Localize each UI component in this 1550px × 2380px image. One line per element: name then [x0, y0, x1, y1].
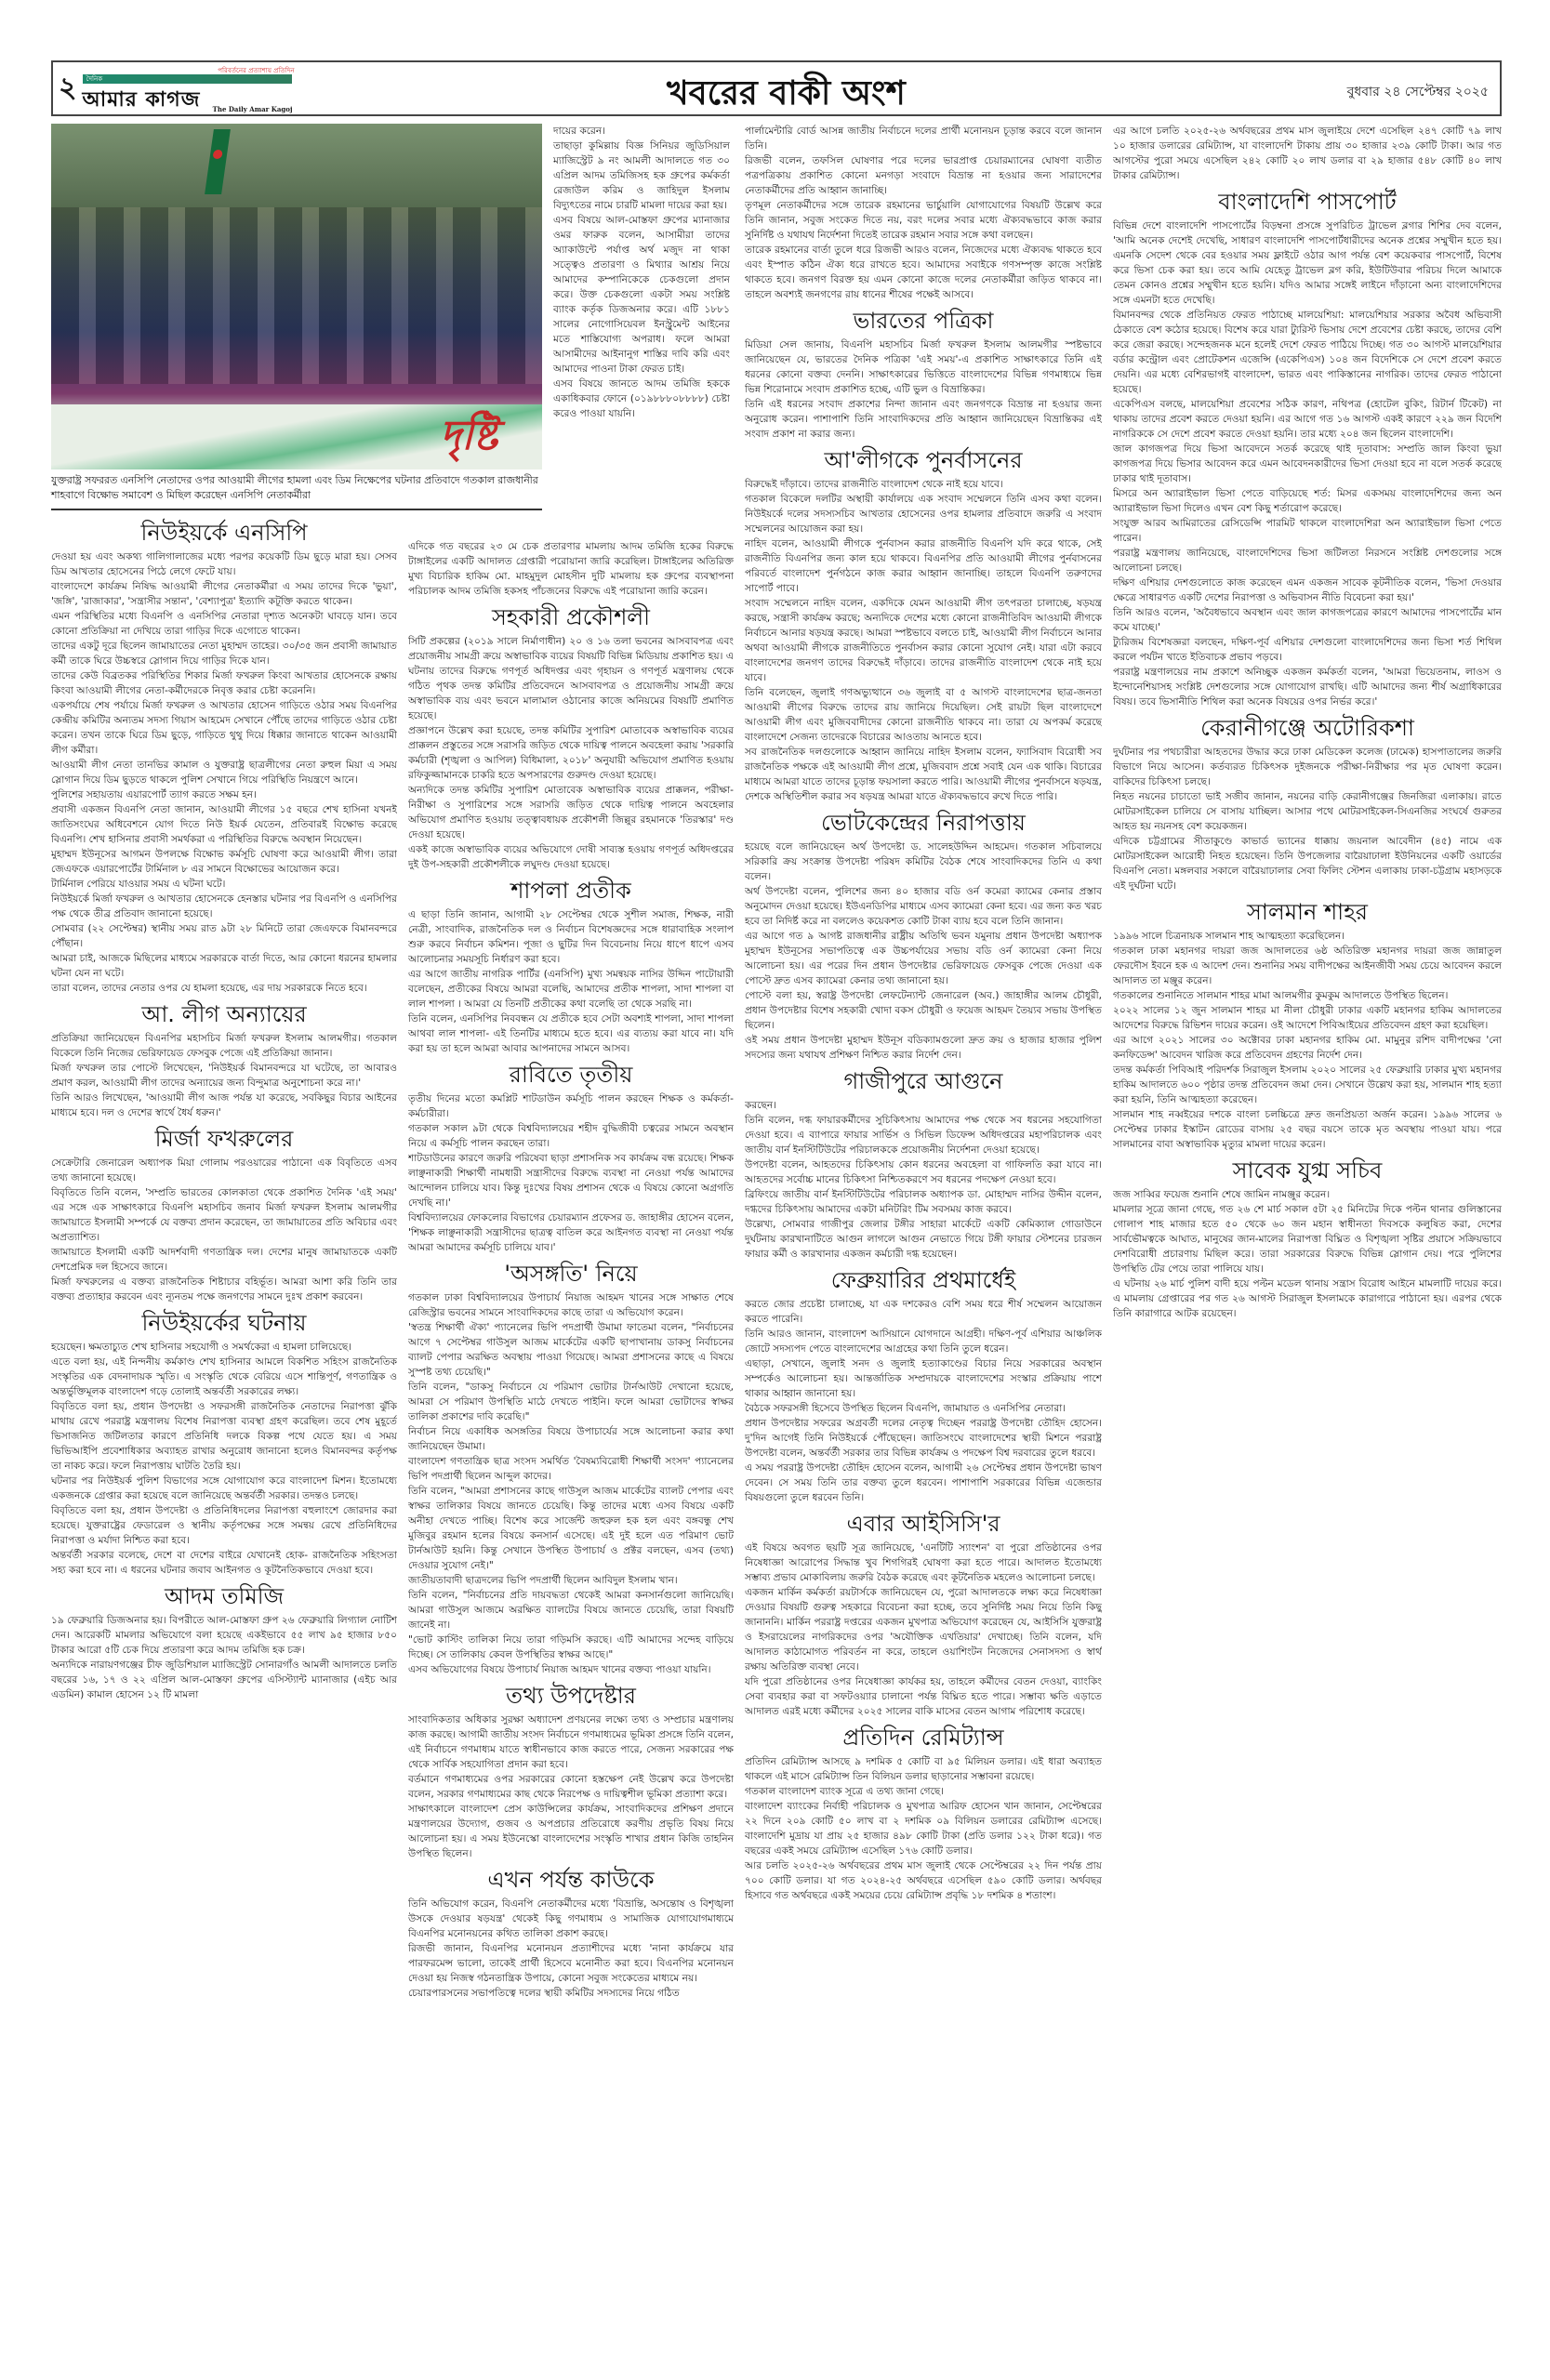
article-paragraph: আমরা চাই, আজকে মিছিলের মাধ্যমে সরকারকে ব…: [51, 951, 397, 981]
article-paragraph: তিনি আরও জানান, বাংলাদেশ আসিয়ানে যোগদান…: [745, 1327, 1102, 1356]
newspaper-page: ২ পরিবর্তনের প্রত্যাশায় প্রতিদিন দৈনিক …: [51, 60, 1502, 2366]
article-paragraph: বাংলাদেশ গণতান্ত্রিক ছাত্র সংসদ সমর্থিত …: [408, 1454, 734, 1484]
article: পার্লামেন্টারি বোর্ড আসন্ন জাতীয় নির্বা…: [745, 124, 1102, 302]
article-paragraph: জাল কাগজপত্র দিয়ে ভিসা আবেদনে সতর্ক করে…: [1113, 442, 1502, 486]
article: এখন পর্যন্ত কাউকেতিনি অভিযোগ করেন, বিএনপ…: [408, 1865, 734, 2001]
article-headline: প্রতিদিন রেমিট্যান্স: [745, 1723, 1102, 1752]
article-paragraph: শাটডাউনের কারণে জরুরি পরিষেবা ছাড়া প্রশ…: [408, 1151, 734, 1210]
article-paragraph: সব রাজনৈতিক দলগুলোকে আহ্বান জানিয়ে নাহি…: [745, 745, 1102, 804]
article-paragraph: বৈঠকে সফরসঙ্গী হিসেবে উপস্থিত ছিলেন বিএন…: [745, 1401, 1102, 1416]
article: আ'লীগকে পুনর্বাসনেরবিরুদ্ধেই দাঁড়াবে। ত…: [745, 445, 1102, 804]
article-paragraph: করছেন।: [745, 1098, 1102, 1113]
article-paragraph: গতকাল বিকেলে দলটির অস্থায়ী কার্যালয়ে এ…: [745, 492, 1102, 536]
article-paragraph: সংবাদ সম্মেলনে নাহিদ বলেন, একদিকে যেমন আ…: [745, 596, 1102, 685]
article-paragraph: বিবৃতিতে বলা হয়, প্রধান উপদেষ্টা ও প্রত…: [51, 1503, 397, 1548]
article: সালমান শাহর১৯৯৬ সালে চিত্রনায়ক সালমান শ…: [1113, 897, 1502, 1152]
article-paragraph: সিটি প্রকল্পের (২০১৯ সালে নির্মাণাধীন) ২…: [408, 634, 734, 723]
article-paragraph: ২০২২ সালের ১২ জুন সালমান শাহর মা নীলা চৌ…: [1113, 1003, 1502, 1033]
article-paragraph: নিহত নয়নের চাচাতো ভাই সজীব জানান, নয়নে…: [1113, 789, 1502, 834]
article-paragraph: পররাষ্ট্র মন্ত্রণালয়ের নাম প্রকাশে অনিচ…: [1113, 665, 1502, 709]
article-paragraph: এ ঘটনায় ২৬ মার্চ পুলিশ বাদী হয়ে পল্টন …: [1113, 1276, 1502, 1321]
article-headline: সহকারী প্রকৌশলী: [408, 602, 734, 632]
article-paragraph: পররাষ্ট্র মন্ত্রণালয় জানিয়েছে, বাংলাদে…: [1113, 546, 1502, 575]
article-paragraph: সাক্ষাৎকালে বাংলাদেশ প্রেস কাউন্সিলের কা…: [408, 1802, 734, 1861]
article: বাংলাদেশি পাসপোর্টবিভিন্ন দেশে বাংলাদেশি…: [1113, 187, 1502, 709]
article: সহকারী প্রকৌশলীসিটি প্রকল্পের (২০১৯ সালে…: [408, 602, 734, 872]
article: নিউইয়র্কে এনসিপিদেওয়া হয় এবং অকথ্য গা…: [51, 518, 397, 996]
article-paragraph: মির্জা ফখরুল তার পোস্টে লিখেছেন, 'নিউইয়…: [51, 1061, 397, 1091]
article: প্রতিদিন রেমিট্যান্সপ্রতিদিন রেমিট্যান্স…: [745, 1723, 1102, 1903]
article-paragraph: তারেক রহমানের বার্তা তুলে ধরে রিজভী আরও …: [745, 243, 1102, 302]
article-headline: মির্জা ফখরুলের: [51, 1124, 397, 1154]
logo-name: আমার কাগজ: [83, 84, 201, 118]
article-paragraph: এদিকে গত বছরের ২৩ মে চেক প্রতারণার মামলা…: [408, 539, 734, 599]
article-paragraph: তিনি বলেন, "ডাকসু নির্বাচনে যে পরিমাণ ভো…: [408, 1380, 734, 1424]
article-paragraph: বিশ্ববিদ্যালয়ের ফোকলোর বিভাগের চেয়ারম্…: [408, 1210, 734, 1255]
article-paragraph: সেক্রেটারি জেনারেল অধ্যাপক মিয়া গোলাম প…: [51, 1156, 397, 1185]
article-paragraph: পোস্টে বলা হয়, স্বরাষ্ট্র উপদেষ্টা লেফট…: [745, 988, 1102, 1033]
article: দায়ের করেন।তাছাড়া কুমিল্লায় বিজ্ঞ সিন…: [553, 124, 730, 421]
article: রাবিতে তৃতীয়তৃতীয় দিনের মতো কমপ্লিট শা…: [408, 1060, 734, 1255]
article-paragraph: বিরুদ্ধেই দাঁড়াবে। তাদের রাজনীতি বাংলাদ…: [745, 477, 1102, 492]
article-paragraph: 'স্বতন্ত্র শিক্ষার্থী ঐক্য' প্যানেলের ভি…: [408, 1320, 734, 1380]
article-paragraph: অন্যদিকে নারায়ণগঞ্জের চীফ জুডিশিয়াল ম্…: [51, 1658, 397, 1702]
article-paragraph: তিনি বলেন, "নির্বাচনের প্রতি দায়বদ্ধতা …: [408, 1588, 734, 1633]
newspaper-logo: পরিবর্তনের প্রত্যাশায় প্রতিদিন দৈনিক আম…: [83, 65, 297, 112]
article-paragraph: মিসরে অন অ্যারাইভাল ভিসা পেতে বাড়িয়েছে…: [1113, 486, 1502, 516]
article-paragraph: আওয়ামী লীগ নেতা তানভির কামাল ও যুক্তরাষ…: [51, 758, 397, 787]
article-paragraph: এর আগে গত ৯ আগষ্ট রাজধানীর রাষ্ট্রীয় অত…: [745, 929, 1102, 988]
article-paragraph: প্রতিক্রিয়া জানিয়েছেন বিএনপির মহাসচিব …: [51, 1031, 397, 1061]
article-paragraph: ট্যুরিজম বিশেষজ্ঞরা বলছেন, দক্ষিণ-পূর্ব …: [1113, 635, 1502, 665]
article-paragraph: তিনি বলেন, এনসিপির নিববন্ধন যে প্রতীকে হ…: [408, 1011, 734, 1056]
article-paragraph: এমন পরিস্থিতির মধ্যে বিএনপি ও এনসিপির নে…: [51, 609, 397, 639]
article-paragraph: চেয়ারপারসনের সভাপতিত্বে দলের স্থায়ী কম…: [408, 1986, 734, 2001]
article-headline: 'অসঙ্গতি' নিয়ে: [408, 1259, 734, 1289]
article: কেরানীগঞ্জে অটোরিকশাদুর্ঘটনার পর পথচারীর…: [1113, 713, 1502, 893]
logo-dainik: দৈনিক: [83, 74, 292, 84]
article: ভারতের পত্রিকামিডিয়া সেল জানায়, বিএনপি…: [745, 306, 1102, 442]
article-headline: শাপলা প্রতীক: [408, 876, 734, 906]
article-paragraph: বর্তমানে গণমাধ্যমের ওপর সরকারের কোনো হস্…: [408, 1772, 734, 1802]
article-paragraph: অন্তর্বর্তী সরকার বলেছে, দেশে বা দেশের ব…: [51, 1548, 397, 1578]
article-paragraph: নিউইয়র্কে মির্জা ফখরুল ও আখতার হোসেনকে …: [51, 892, 397, 921]
article-headline: নিউইয়র্কের ঘটনায়: [51, 1308, 397, 1338]
article-paragraph: গতকালের শুনানিতে সালমান শাহর মামা আলমগীর…: [1113, 988, 1502, 1003]
news-photo: দৃষ্টি: [51, 124, 542, 469]
article-headline: সাবেক যুগ্ম সচিব: [1113, 1156, 1502, 1185]
article-paragraph: বিবৃতিতে তিনি বলেন, 'সম্প্রতি ভারতের কোল…: [51, 1185, 397, 1245]
column-2-top: দায়ের করেন।তাছাড়া কুমিল্লায় বিজ্ঞ সিন…: [553, 124, 730, 542]
article-paragraph: গতকাল ঢাকা মহানগর দায়রা জজ আদালতের ৬ষ্ঠ…: [1113, 944, 1502, 988]
article-paragraph: গতকাল বাংলাদেশ ব্যাংক সূত্রে এ তথ্য জানা…: [745, 1784, 1102, 1799]
article-paragraph: একই কাজে অস্বাভাবিক ব্যয়ের অভিযোগে দোষী…: [408, 842, 734, 872]
article-paragraph: তারা বলেন, তাদের নেতার ওপর যে হামলা হয়ে…: [51, 981, 397, 996]
article-paragraph: রিজভী বলেন, তফসিল ঘোষণার পরে দলের ভারপ্র…: [745, 153, 1102, 198]
logo-english: The Daily Amar Kagoj: [213, 105, 293, 113]
article-headline: ভারতের পত্রিকা: [745, 306, 1102, 336]
article-headline: তথ্য উপদেষ্টার: [408, 1681, 734, 1711]
article-headline: আদম তমিজি: [51, 1581, 397, 1611]
article-paragraph: আর চলতি ২০২৫-২৬ অর্থবছরের প্রথম মাস জুলা…: [745, 1858, 1102, 1903]
article-paragraph: প্রজ্ঞাপনে উল্লেখ করা হয়েছে, তদন্ত কমিট…: [408, 723, 734, 783]
article: শাপলা প্রতীকএ ছাড়া তিনি জানান, আগামী ২৮…: [408, 876, 734, 1056]
page-number: ২: [59, 65, 77, 112]
masthead: ২ পরিবর্তনের প্রত্যাশায় প্রতিদিন দৈনিক …: [51, 60, 1502, 116]
article-paragraph: ১৯৯৬ সালে চিত্রনায়ক সালমান শাহ আত্মহত্য…: [1113, 929, 1502, 944]
article-paragraph: তৃণমূল নেতাকর্মীদের সঙ্গে তারেক রহমানের …: [745, 198, 1102, 243]
article-paragraph: বিমানবন্দর থেকে প্রতিনিয়ত ফেরত পাঠাচ্ছে…: [1113, 308, 1502, 397]
article-headline: সালমান শাহর: [1113, 897, 1502, 927]
article-paragraph: "ভোট কাস্টিং তালিকা নিয়ে তারা গড়িমসি ক…: [408, 1633, 734, 1662]
article-paragraph: এছাড়া, সেখানে, জুলাই সনদ ও জুলাই হত্যাক…: [745, 1356, 1102, 1401]
article-paragraph: তিনি বলেন, "আমরা প্রশাসনের কাছে গাউসুল আ…: [408, 1484, 734, 1573]
article-headline: নিউইয়র্কে এনসিপি: [51, 518, 397, 548]
article-headline: রাবিতে তৃতীয়: [408, 1060, 734, 1090]
article-paragraph: অর্থ উপদেষ্টা বলেন, পুলিশের জন্য ৪০ হাজা…: [745, 884, 1102, 929]
article-paragraph: সোমবার (২২ সেপ্টেম্বর) স্থানীয় সময় রাত…: [51, 921, 397, 951]
article-paragraph: হয়েছেন। ক্ষমতাচ্যুত শেখ হাসিনার সহযোগী …: [51, 1340, 397, 1355]
article-paragraph: ১৯ ফেব্রুয়ারি ডিজঅনার হয়। বিপরীতে আল-ম…: [51, 1613, 397, 1658]
article-paragraph: একপর্যায়ে শেষ পর্যায়ে মির্জা ফখরুল ও আ…: [51, 698, 397, 758]
article-paragraph: হয়েছে বলে জানিয়েছেন অর্থ উপদেষ্টা ড. স…: [745, 840, 1102, 884]
article-paragraph: এ সময় পররাষ্ট্র উপদেষ্টা তৌহিদ হোসেন বল…: [745, 1461, 1102, 1505]
article-paragraph: ব্রিফিংয়ে জাতীয় বার্ন ইনস্টিটিউটের পরি…: [745, 1187, 1102, 1217]
article: মির্জা ফখরুলেরসেক্রেটারি জেনারেল অধ্যাপক…: [51, 1124, 397, 1304]
article: সাবেক যুগ্ম সচিবজজ সাব্বির ফয়েজ শুনানি …: [1113, 1156, 1502, 1321]
article: ভোটকেন্দ্রের নিরাপত্তায়হয়েছে বলে জানিয…: [745, 808, 1102, 1063]
article-paragraph: তৃতীয় দিনের মতো কমপ্লিট শাটডাউন কর্মসূচ…: [408, 1091, 734, 1121]
article: ফেব্রুয়ারির প্রথমার্ধেইকরতে জোর প্রচেষ্…: [745, 1265, 1102, 1505]
article-paragraph: মির্জা ফখরুলের এ বক্তব্য রাজনৈতিক শিষ্টা…: [51, 1275, 397, 1304]
article-paragraph: যদি পুরো প্রতিষ্ঠানের ওপর নিষেধাজ্ঞা কার…: [745, 1674, 1102, 1719]
article-paragraph: প্রতিদিন রেমিট্যান্স আসছে ৯ দশমিক ৫ কোটি…: [745, 1754, 1102, 1784]
article-paragraph: ঘটনার পর নিউইয়র্ক পুলিশ বিভাগের সঙ্গে য…: [51, 1474, 397, 1503]
divider: [51, 509, 542, 510]
article: নিউইয়র্কের ঘটনায়হয়েছেন। ক্ষমতাচ্যুত শ…: [51, 1308, 397, 1578]
article-paragraph: সংযুক্ত আরব আমিরাতের রেসিডেন্সি পারমিট থ…: [1113, 516, 1502, 546]
article-paragraph: জাতীয়তাবাদী ছাত্রদলের ভিপি পদপ্রার্থী ছ…: [408, 1573, 734, 1588]
article-paragraph: গতকাল সকাল ৯টা থেকে বিশ্ববিদ্যালয়ের শহী…: [408, 1121, 734, 1151]
article-paragraph: মিডিয়া সেল জানায়, বিএনপি মহাসচিব মির্জ…: [745, 337, 1102, 397]
article-paragraph: বাংলাদেশে কার্যক্রম নিষিদ্ধ আওয়ামী লীগে…: [51, 579, 397, 609]
article-headline: ফেব্রুয়ারির প্রথমার্ধেই: [745, 1265, 1102, 1295]
article-paragraph: একেপিএস বলছে, মালয়েশিয়া প্রবেশের সঠিক …: [1113, 397, 1502, 442]
article-paragraph: এতে বলা হয়, এই নিন্দনীয় কর্মকাণ্ড শেখ …: [51, 1355, 397, 1399]
article-paragraph: এর আগে ২০২১ সালের ৩০ অক্টোবর ঢাকা মহানগর…: [1113, 1033, 1502, 1063]
article-paragraph: সালমান শাহ নব্বইয়ের দশকে বাংলা চলচ্চিত্…: [1113, 1107, 1502, 1152]
article-paragraph: তিনি বলেন, দগ্ধ ফায়ারকর্মীদের সুচিকিৎসা…: [745, 1113, 1102, 1157]
article-paragraph: নাহিদ বলেন, আওয়ামী লীগকে পুর্নবাসন করার…: [745, 536, 1102, 596]
article-paragraph: তাদের একটু দূরে ছিলেন জামায়াতের নেতা মু…: [51, 639, 397, 668]
article-paragraph: তিনি এই ধরনের সংবাদ প্রকাশের নিন্দা জানা…: [745, 397, 1102, 442]
article-paragraph: এসব অভিযোগের বিষয়ে উপাচার্য নিয়াজ আহমদ…: [408, 1662, 734, 1677]
article-paragraph: তিনি আরও বলেন, 'অবৈধভাবে অবস্থান এবং জাল…: [1113, 605, 1502, 635]
article-paragraph: সাংবাদিকতার অধিকার সুরক্ষা অধ্যাদেশ প্রণ…: [408, 1712, 734, 1772]
article-paragraph: গতকাল ঢাকা বিশ্ববিদ্যালয়ের উপাচার্য নিয…: [408, 1290, 734, 1320]
article-headline: আ'লীগকে পুনর্বাসনের: [745, 445, 1102, 475]
article-paragraph: দুর্ঘটনার পর পথচারীরা আহতদের উদ্ধার করে …: [1113, 745, 1502, 789]
article: তথ্য উপদেষ্টারসাংবাদিকতার অধিকার সুরক্ষা…: [408, 1681, 734, 1861]
article-paragraph: দেওয়া হয় এবং অকথ্য গালিগালাজের মধ্যে প…: [51, 549, 397, 579]
article-paragraph: এই বিষয়ে অবগত ছয়টি সূত্র জানিয়েছে, 'এ…: [745, 1540, 1102, 1585]
article-paragraph: এসব বিষয়ে জানতে আদম তমিজি হককে একাধিকবা…: [553, 377, 730, 421]
column-1: নিউইয়র্কে এনসিপিদেওয়া হয় এবং অকথ্য গা…: [51, 514, 397, 2364]
article: গাজীপুরে আগুনেকরছেন।তিনি বলেন, দগ্ধ ফায়…: [745, 1066, 1102, 1262]
article-paragraph: বিভিন্ন দেশে বাংলাদেশি পাসপোর্টের বিড়ম্…: [1113, 218, 1502, 308]
article-paragraph: অন্যদিকে তদন্ত কমিটির সুপারিশ মোতাবেক অস…: [408, 783, 734, 842]
article-paragraph: এসব বিষয়ে আল-মোস্তফা গ্রুপের ম্যানাজার …: [553, 213, 730, 377]
article-paragraph: প্রধান উপদেষ্টার সফরের অগ্রবর্তী দলের নে…: [745, 1416, 1102, 1461]
crowd-image: [51, 207, 542, 384]
article-paragraph: ওই সময় প্রধান উপদেষ্টা মুহাম্মদ ইউনূস ব…: [745, 1033, 1102, 1063]
article-paragraph: তিনি আরও লিখেছেন, 'আওয়ামী লীগ আজ পর্যন্…: [51, 1091, 397, 1120]
article-paragraph: জামায়াতে ইসলামী একটি আদর্শবাদী গণতান্ত্…: [51, 1245, 397, 1275]
article-paragraph: দক্ষিণ এশিয়ার দেশগুলোতে কাজ করেছেন এমন …: [1113, 575, 1502, 605]
article-paragraph: টার্মিনাল পেরিয়ে যাওয়ার সময় এ ঘটনা ঘট…: [51, 877, 397, 892]
article-paragraph: উপদেষ্টা বলেন, আহতদের চিকিৎসায় কোন ধরনে…: [745, 1157, 1102, 1187]
article-paragraph: তাদের কেউ বিব্রতকর পরিস্থিতির শিকার মির্…: [51, 668, 397, 698]
article-paragraph: মুহাম্মদ ইউনূসের আগমন উপলক্ষে বিক্ষোভ কর…: [51, 847, 397, 877]
article-paragraph: একজন মার্কিন কর্মকর্তা রয়টার্সকে জানিয়…: [745, 1585, 1102, 1674]
article-paragraph: করতে জোর প্রচেষ্টা চালাচ্ছে, যা এক দশকের…: [745, 1297, 1102, 1327]
article-paragraph: বাংলাদেশ ব্যাংকের নির্বাহী পরিচালক ও মুখ…: [745, 1799, 1102, 1858]
article: আ. লীগ অন্যায়েরপ্রতিক্রিয়া জানিয়েছেন …: [51, 999, 397, 1120]
article-paragraph: এর আগে চলতি ২০২৫-২৬ অর্থবছরের প্রথম মাস …: [1113, 124, 1502, 183]
article-headline: বাংলাদেশি পাসপোর্ট: [1113, 187, 1502, 217]
article-paragraph: জজ সাব্বির ফয়েজ শুনানি শেষে জামিন নামঞ্…: [1113, 1187, 1502, 1202]
article-paragraph: এদিকে চট্টগ্রামের সীতাকুণ্ডে কাভার্ড ভ্য…: [1113, 834, 1502, 893]
article-paragraph: তিনি বলেছেন, জুলাই গণঅভ্যুত্থানে ৩৬ জুলা…: [745, 685, 1102, 745]
article-paragraph: উল্লেখ্য, সোমবার গাজীপুর জেলার টঙ্গীর সা…: [745, 1217, 1102, 1262]
article-paragraph: তাছাড়া কুমিল্লায় বিজ্ঞ সিনিয়র জুডিসিয…: [553, 139, 730, 213]
article-headline: এবার আইসিসি'র: [745, 1509, 1102, 1539]
section-title: খবরের বাকী অংশ: [667, 68, 906, 124]
article-headline: আ. লীগ অন্যায়ের: [51, 999, 397, 1029]
article-headline: গাজীপুরে আগুনে: [745, 1066, 1102, 1096]
article: এর আগে চলতি ২০২৫-২৬ অর্থবছরের প্রথম মাস …: [1113, 124, 1502, 183]
article-paragraph: নির্বাচন নিয়ে একাধিক অসঙ্গতির বিষয়ে উপ…: [408, 1424, 734, 1454]
article-headline: এখন পর্যন্ত কাউকে: [408, 1865, 734, 1895]
article-headline: কেরানীগঞ্জে অটোরিকশা: [1113, 713, 1502, 743]
article-paragraph: এর আগে জাতীয় নাগরিক পার্টির (এনসিপি) মু…: [408, 967, 734, 1011]
article-paragraph: প্রবাসী একজন বিএনপি নেতা জানান, আওয়ামী …: [51, 802, 397, 847]
article-headline: ভোটকেন্দ্রের নিরাপত্তায়: [745, 808, 1102, 838]
article-paragraph: দায়ের করেন।: [553, 124, 730, 139]
issue-date: বুধবার ২৪ সেপ্টেম্বর ২০২৫: [1347, 81, 1489, 103]
article-paragraph: এ ছাড়া তিনি জানান, আগামী ২৮ সেপ্টেম্বর …: [408, 907, 734, 967]
article-paragraph: তদন্ত কর্মকর্তা পিবিআই পরিদর্শক সিরাজুল …: [1113, 1063, 1502, 1107]
bangladesh-flag-icon: [205, 129, 231, 194]
banner-text: দৃষ্টি: [440, 404, 523, 460]
article-paragraph: তিনি অভিযোগ করেন, বিএনপি নেতাকর্মীদের মধ…: [408, 1897, 734, 1941]
column-2: এদিকে গত বছরের ২৩ মে চেক প্রতারণার মামলা…: [408, 539, 734, 2361]
article: এবার আইসিসি'রএই বিষয়ে অবগত ছয়টি সূত্র …: [745, 1509, 1102, 1719]
column-3: পার্লামেন্টারি বোর্ড আসন্ন জাতীয় নির্বা…: [745, 124, 1102, 2364]
article: এদিকে গত বছরের ২৩ মে চেক প্রতারণার মামলা…: [408, 539, 734, 599]
photo-caption: যুক্তরাষ্ট্র সফররত এনসিপি নেতাদের ওপর আও…: [51, 473, 542, 503]
article-paragraph: বিবৃতিতে বলা হয়, প্রধান উপদেষ্টা ও সফরস…: [51, 1399, 397, 1474]
article-paragraph: পুলিশের সহায়তায় এয়ারপোর্ট ত্যাগ করতে …: [51, 787, 397, 802]
article-paragraph: রিজভী জানান, বিএনপির মনোনয়ন প্রত্যাশীদে…: [408, 1941, 734, 1986]
article: আদম তমিজি১৯ ফেব্রুয়ারি ডিজঅনার হয়। বিপ…: [51, 1581, 397, 1702]
column-4: এর আগে চলতি ২০২৫-২৬ অর্থবছরের প্রথম মাস …: [1113, 124, 1502, 2364]
article: 'অসঙ্গতি' নিয়েগতকাল ঢাকা বিশ্ববিদ্যালয়…: [408, 1259, 734, 1677]
article-paragraph: পার্লামেন্টারি বোর্ড আসন্ন জাতীয় নির্বা…: [745, 124, 1102, 153]
article-paragraph: মামলার সূত্রে জানা গেছে, গত ২৬ শে মার্চ …: [1113, 1202, 1502, 1276]
